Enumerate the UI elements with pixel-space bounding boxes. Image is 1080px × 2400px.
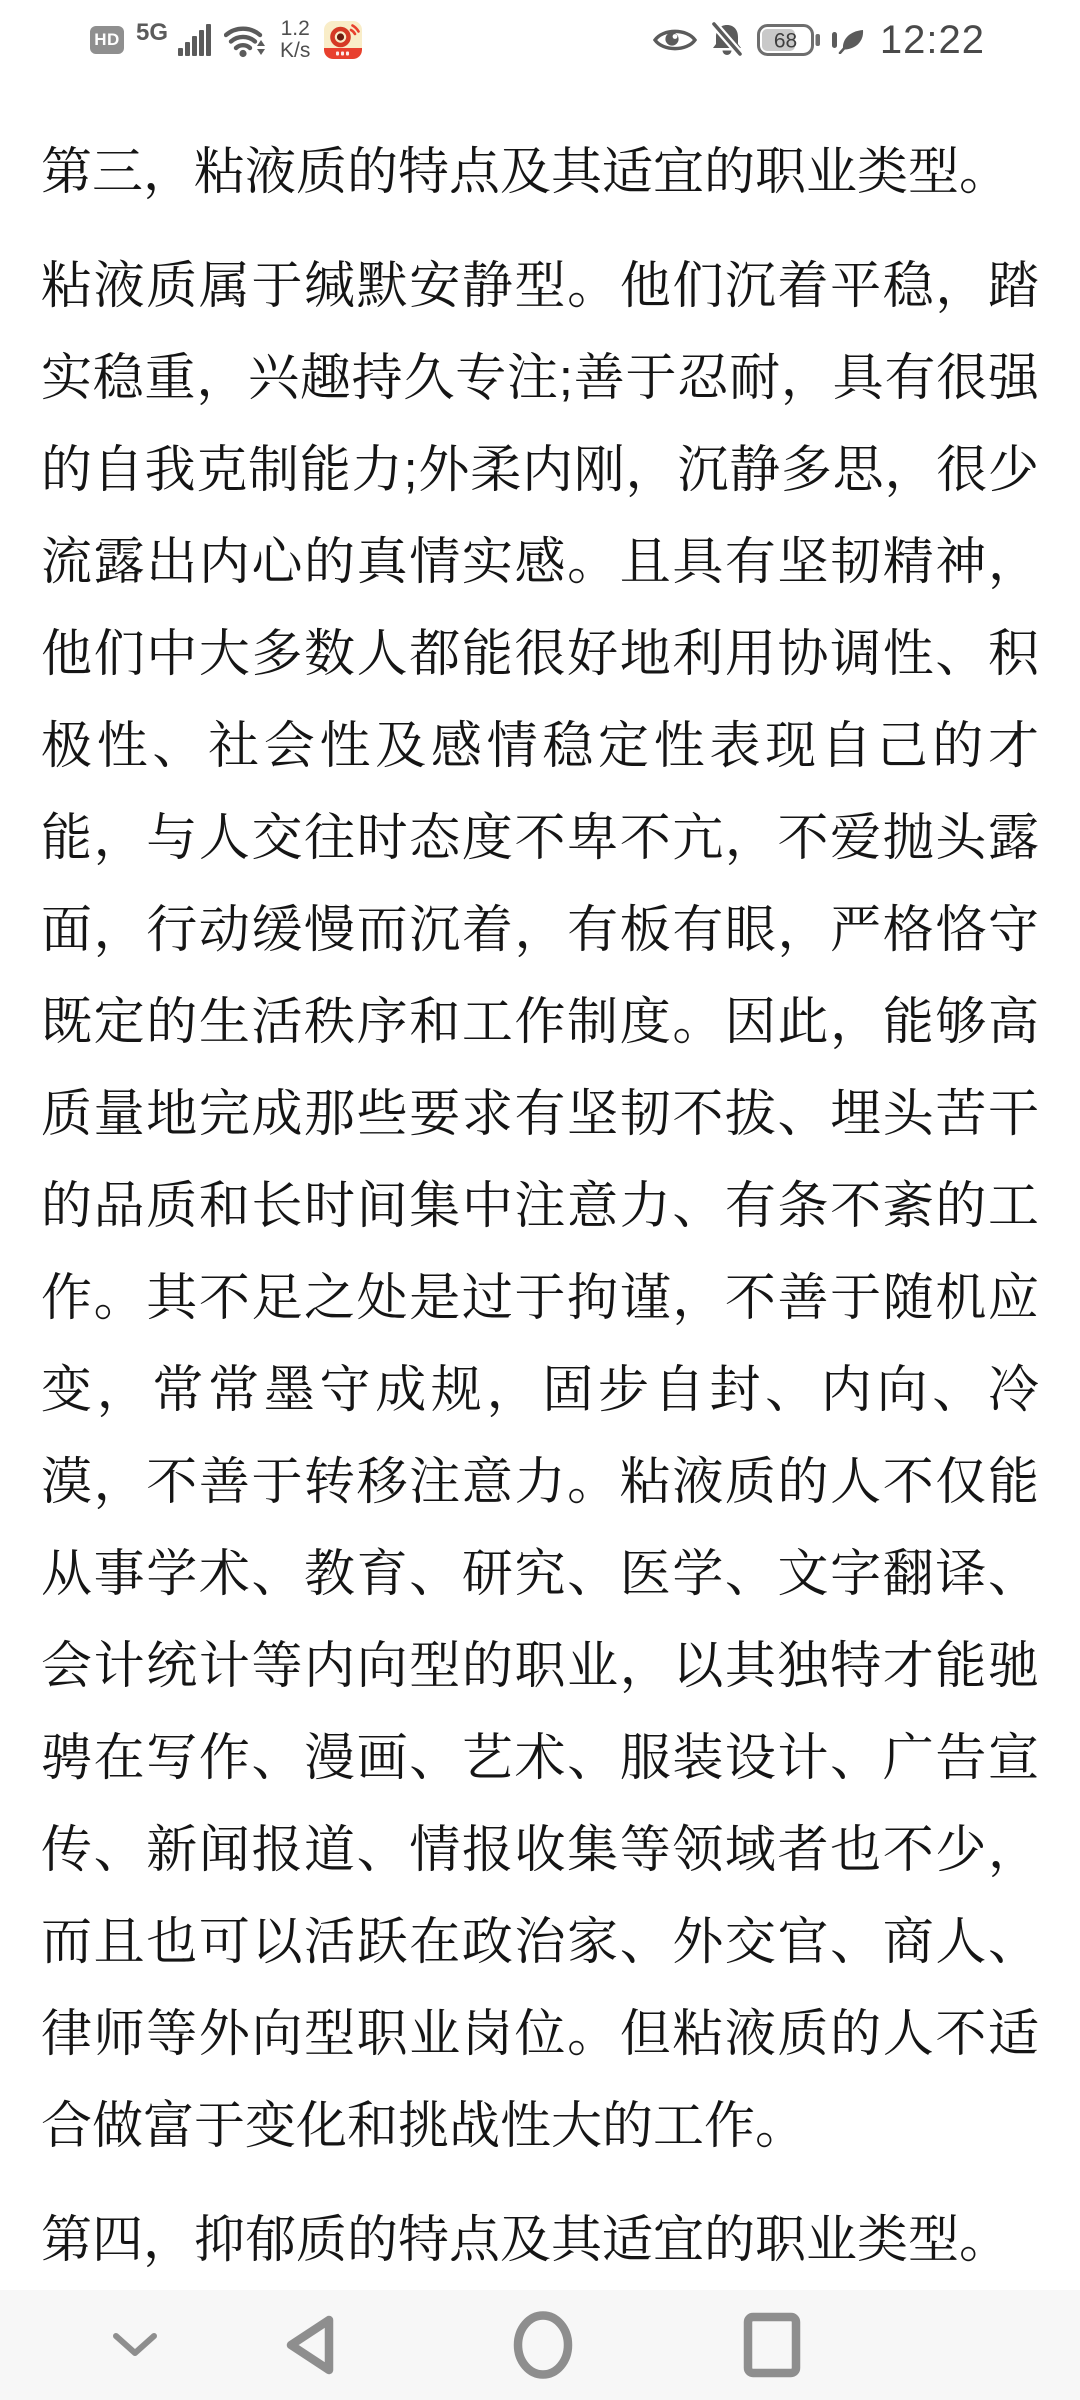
battery-icon: 68 [757,24,820,56]
paragraph-body-phlegmatic: 粘液质属于缄默安静型。他们沉着平稳，踏实稳重，兴趣持久专注;善于忍耐，具有很强的… [41,240,1039,2172]
signal-bars-icon [178,24,214,56]
hide-navbar-button[interactable] [105,2290,165,2400]
status-bar: HD 5G 1.2 K/s [0,0,1080,80]
eye-comfort-icon [653,26,697,54]
back-button[interactable] [278,2290,342,2400]
navigation-bar [0,2290,1080,2400]
recents-button[interactable] [744,2290,800,2400]
notifications-muted-icon [709,22,745,58]
clock-label: 12:22 [880,18,985,63]
network-type-label: 5G [136,19,168,47]
network-speed-indicator: 1.2 K/s [280,18,310,62]
power-saving-leaf-icon [832,26,866,54]
paragraph-heading-fourth: 第四，抑郁质的特点及其适宜的职业类型。 [41,2194,1039,2286]
weibo-app-icon [324,21,362,59]
status-bar-left-group: HD 5G 1.2 K/s [90,0,362,80]
recents-icon [743,2312,801,2378]
home-icon [512,2310,574,2380]
network-speed-unit: K/s [280,40,310,62]
back-icon [282,2313,338,2377]
hide-navbar-chevron-icon [112,2332,158,2358]
network-speed-value: 1.2 [281,18,310,40]
paragraph-heading-third: 第三，粘液质的特点及其适宜的职业类型。 [41,126,1039,218]
status-bar-right-group: 68 12:22 [653,0,985,80]
home-button[interactable] [511,2290,575,2400]
battery-percent-label: 68 [774,30,797,53]
wifi-icon [224,22,268,58]
hd-volte-icon: HD [90,26,124,54]
document-text-area[interactable]: 第三，粘液质的特点及其适宜的职业类型。 粘液质属于缄默安静型。他们沉着平稳，踏实… [0,80,1080,2290]
